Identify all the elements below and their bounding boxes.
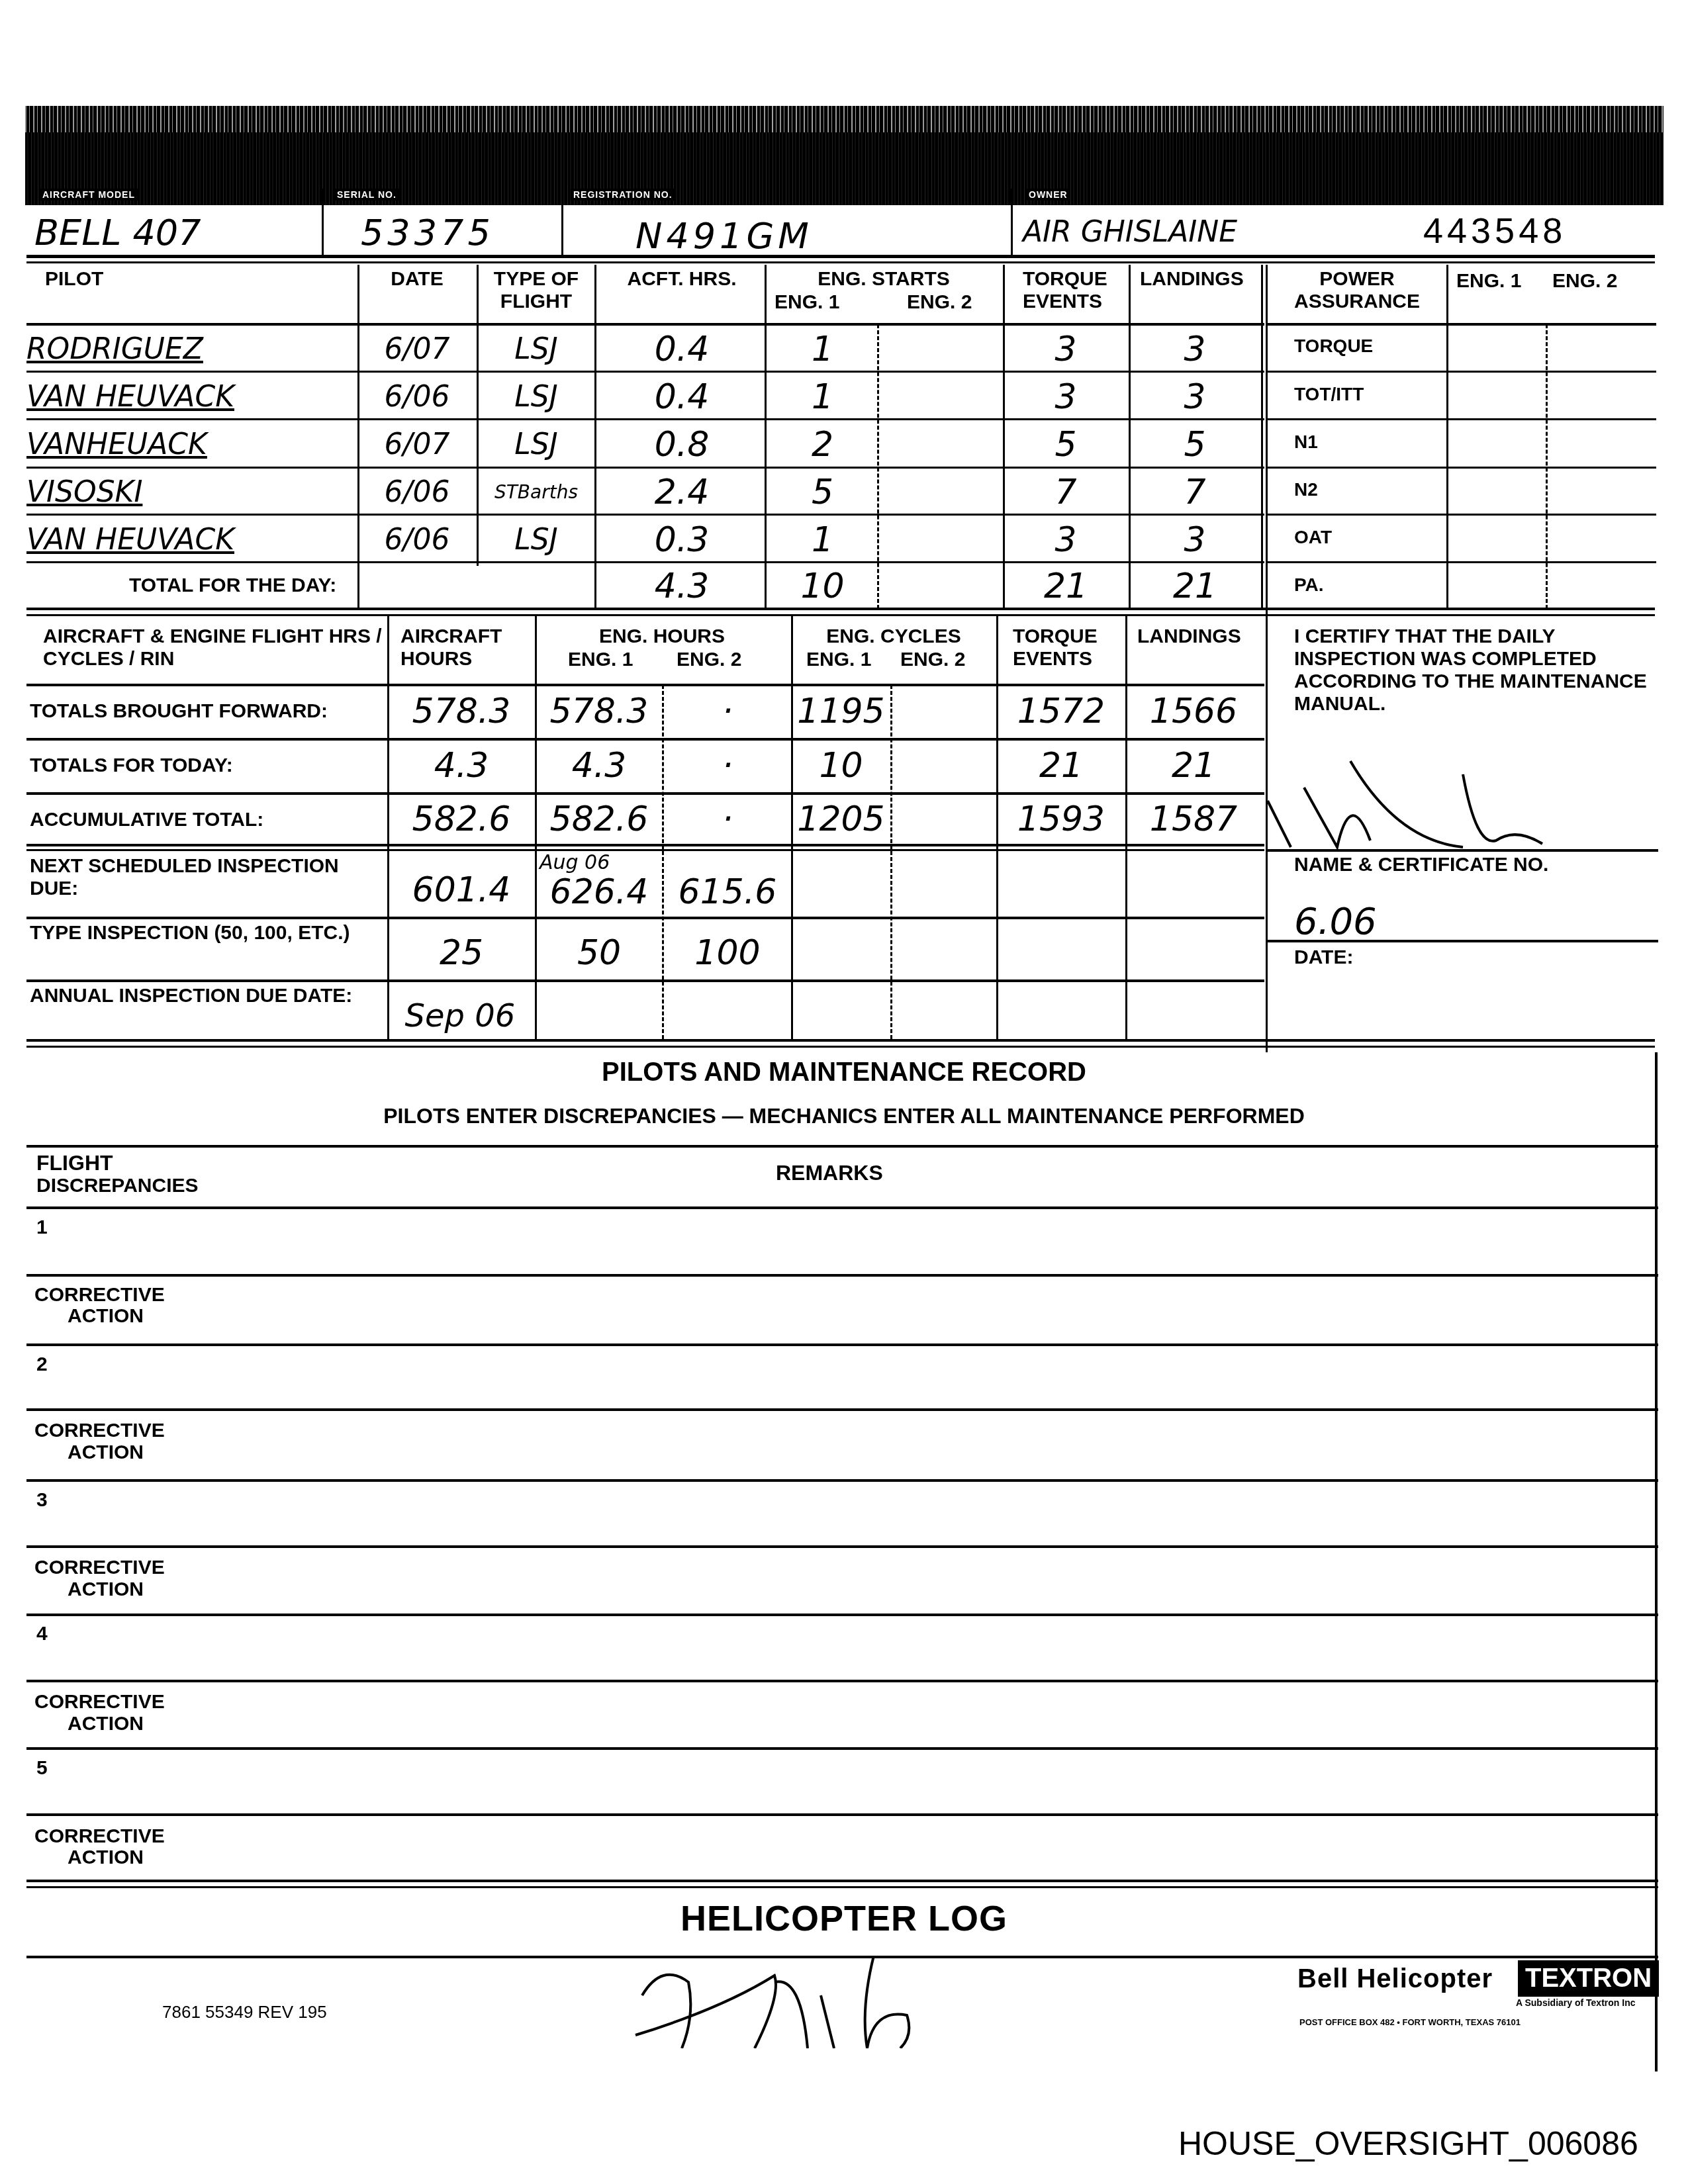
item-number: 5 <box>36 1757 48 1780</box>
total-landings: 21 <box>1132 567 1258 606</box>
action-label: ACTION <box>68 1846 144 1869</box>
pa-row-n2: N2 <box>1294 479 1318 500</box>
date-label: DATE: <box>1294 946 1353 969</box>
corrective-action-field[interactable] <box>199 1819 1655 1878</box>
total-eng-starts-eng1: 10 <box>768 567 877 606</box>
pilot-name: VANHEUACK <box>26 425 357 465</box>
pa-col-eng1: ENG. 1 <box>1456 270 1521 293</box>
eng-hours-eng2: · <box>665 692 790 731</box>
registration-no-label: REGISTRATION NO. <box>571 189 675 201</box>
action-label: ACTION <box>68 1713 144 1735</box>
power-assurance-title: POWER ASSURANCE <box>1268 268 1446 313</box>
col-acft-hrs: ACFT. HRS. <box>599 268 765 291</box>
total-torque-events: 21 <box>1006 567 1125 606</box>
textron-logo-box: TEXTRON <box>1518 1960 1659 1997</box>
discrepancy-remarks-field[interactable] <box>199 1211 1655 1271</box>
eng-cycles-eng1: 1195 <box>793 692 889 731</box>
torque-events: 3 <box>1006 330 1125 369</box>
pilot-name: VAN HEUVACK <box>26 377 357 417</box>
pa-row-pa: PA. <box>1294 574 1324 596</box>
serial-no-value: 53375 <box>361 212 494 253</box>
item-number: 2 <box>36 1353 48 1376</box>
flight-date: 6/06 <box>361 473 473 512</box>
col-discrepancies: DISCREPANCIES <box>36 1175 198 1197</box>
log-number: 443548 <box>1423 210 1566 251</box>
action-label: ACTION <box>68 1305 144 1328</box>
name-certificate-label: NAME & CERTIFICATE NO. <box>1294 854 1548 876</box>
eng-hours-eng1: 4.3 <box>538 746 661 786</box>
col-category: AIRCRAFT & ENGINE FLIGHT HRS / CYCLES / … <box>43 625 387 670</box>
acft-hrs: 0.4 <box>599 377 765 417</box>
corrective-label: CORRECTIVE <box>34 1825 165 1848</box>
flight-date: 6/07 <box>361 425 473 465</box>
landings: 1566 <box>1127 692 1260 731</box>
eng-hours-eng1: 578.3 <box>538 692 661 731</box>
pa-row-oat: OAT <box>1294 527 1332 548</box>
corrective-label: CORRECTIVE <box>34 1557 165 1579</box>
discrepancy-remarks-field[interactable] <box>199 1484 1655 1543</box>
certification-text: I CERTIFY THAT THE DAILY INSPECTION WAS … <box>1294 625 1652 715</box>
discrepancy-remarks-field[interactable] <box>199 1347 1655 1407</box>
aircraft-model-label: AIRCRAFT MODEL <box>40 189 138 201</box>
col-eng-hours-eng1: ENG. 1 <box>568 649 633 671</box>
item-number: 4 <box>36 1623 48 1645</box>
landings: 1587 <box>1127 799 1260 839</box>
aircraft-hours: 4.3 <box>389 746 534 786</box>
col-eng-starts: ENG. STARTS <box>768 268 1000 291</box>
pa-col-eng2: ENG. 2 <box>1552 270 1617 293</box>
torque-events: 1572 <box>998 692 1124 731</box>
torque-events: 1593 <box>998 799 1124 839</box>
eng-starts-eng1: 1 <box>768 520 877 560</box>
item-number: 1 <box>36 1216 48 1239</box>
eng-starts-eng1: 5 <box>768 473 877 512</box>
eng-hours-eng2: · <box>665 746 790 786</box>
inspector-signature <box>1264 748 1609 854</box>
aircraft-hours: 578.3 <box>389 692 534 731</box>
acft-hrs: 2.4 <box>599 473 765 512</box>
row-label: ANNUAL INSPECTION DUE DATE: <box>30 985 374 1007</box>
flight-type: LSJ <box>480 520 592 560</box>
bell-helicopter-logo: Bell Helicopter <box>1297 1964 1493 1994</box>
bates-number: HOUSE_OVERSIGHT_006086 <box>1178 2124 1638 2163</box>
action-label: ACTION <box>68 1578 144 1601</box>
pilot-name: VISOSKI <box>26 473 357 512</box>
eng-hours-note: Aug 06 <box>539 851 610 874</box>
aircraft-hours: 25 <box>389 933 534 973</box>
torque-events: 7 <box>1006 473 1125 512</box>
col-eng-cycles: ENG. CYCLES <box>794 625 993 648</box>
col-eng-hours: ENG. HOURS <box>536 625 788 648</box>
owner-label: OWNER <box>1026 189 1070 201</box>
col-eng-hours-eng2: ENG. 2 <box>677 649 741 671</box>
landings: 5 <box>1132 425 1258 465</box>
pa-row-torque: TORQUE <box>1294 336 1373 357</box>
pa-row-tot-itt: TOT/ITT <box>1294 384 1364 405</box>
discrepancy-remarks-field[interactable] <box>199 1618 1655 1678</box>
subsidiary-text: A Subsidiary of Textron Inc <box>1516 1997 1635 2008</box>
corrective-action-field[interactable] <box>199 1413 1655 1473</box>
pa-row-n1: N1 <box>1294 432 1318 453</box>
pilot-name: VAN HEUVACK <box>26 520 357 560</box>
landings: 21 <box>1127 746 1260 786</box>
landings: 3 <box>1132 520 1258 560</box>
aircraft-hours: 601.4 <box>389 870 534 910</box>
corrective-action-field[interactable] <box>199 1550 1655 1610</box>
helicopter-log-title: HELICOPTER LOG <box>0 1898 1688 1939</box>
col-torque-events-2: TORQUE EVENTS <box>1013 625 1119 670</box>
flight-type: STBarths <box>480 473 592 512</box>
eng-starts-eng1: 1 <box>768 330 877 369</box>
address-text: POST OFFICE BOX 482 • FORT WORTH, TEXAS … <box>1299 2017 1521 2027</box>
col-eng-cycles-eng1: ENG. 1 <box>806 649 871 671</box>
landings: 3 <box>1132 330 1258 369</box>
eng-cycles-eng1: 1205 <box>793 799 889 839</box>
aircraft-hours: Sep 06 <box>381 996 539 1036</box>
corrective-label: CORRECTIVE <box>34 1691 165 1713</box>
aircraft-hours: 582.6 <box>389 799 534 839</box>
corrective-label: CORRECTIVE <box>34 1420 165 1442</box>
torque-events: 3 <box>1006 520 1125 560</box>
total-for-day-label: TOTAL FOR THE DAY: <box>129 574 336 597</box>
acft-hrs: 0.4 <box>599 330 765 369</box>
col-torque-events: TORQUE EVENTS <box>1023 268 1122 313</box>
col-landings-2: LANDINGS <box>1137 625 1241 648</box>
col-flight: FLIGHT <box>36 1152 113 1174</box>
col-date: DATE <box>361 268 473 291</box>
serial-no-label: SERIAL NO. <box>334 189 399 201</box>
col-eng-starts-eng2: ENG. 2 <box>907 291 972 314</box>
registration-no-value: N491GM <box>635 215 813 257</box>
eng-hours-eng1: 50 <box>538 933 661 973</box>
action-label: ACTION <box>68 1441 144 1464</box>
flight-date: 6/07 <box>361 330 473 369</box>
corrective-action-field[interactable] <box>199 1684 1655 1744</box>
handwritten-year <box>622 1956 993 2048</box>
col-pilot: PILOT <box>45 268 103 291</box>
eng-starts-eng1: 2 <box>768 425 877 465</box>
col-eng-cycles-eng2: ENG. 2 <box>900 649 965 671</box>
landings: 3 <box>1132 377 1258 417</box>
eng-hours-eng1: 582.6 <box>538 799 661 839</box>
aircraft-model-value: BELL 407 <box>34 212 201 253</box>
record-subtitle: PILOTS ENTER DISCREPANCIES — MECHANICS E… <box>0 1104 1688 1128</box>
corrective-label: CORRECTIVE <box>34 1284 165 1306</box>
corrective-action-field[interactable] <box>199 1279 1655 1338</box>
torque-events: 21 <box>998 746 1124 786</box>
col-remarks: REMARKS <box>776 1161 883 1184</box>
item-number: 3 <box>36 1489 48 1512</box>
torque-events: 5 <box>1006 425 1125 465</box>
certification-date-value: 6.06 <box>1294 900 1377 943</box>
acft-hrs: 0.3 <box>599 520 765 560</box>
row-label: TOTALS BROUGHT FORWARD: <box>30 700 328 723</box>
form-number: 7861 55349 REV 195 <box>162 2002 327 2023</box>
acft-hrs: 0.8 <box>599 425 765 465</box>
row-label: TYPE INSPECTION (50, 100, ETC.) <box>30 922 374 944</box>
col-type-of-flight: TYPE OF FLIGHT <box>480 268 592 313</box>
total-acft-hrs: 4.3 <box>599 567 765 606</box>
flight-type: LSJ <box>480 330 592 369</box>
eng-starts-eng1: 1 <box>768 377 877 417</box>
owner-value: AIR GHISLAINE <box>1023 215 1237 249</box>
record-title: PILOTS AND MAINTENANCE RECORD <box>0 1058 1688 1087</box>
header-scan-band <box>25 106 1664 205</box>
eng-cycles-eng1: 10 <box>793 746 889 786</box>
eng-hours-eng2: 100 <box>665 933 790 973</box>
discrepancy-remarks-field[interactable] <box>199 1752 1655 1811</box>
col-aircraft-hours: AIRCRAFT HOURS <box>400 625 513 670</box>
row-label: ACCUMULATIVE TOTAL: <box>30 809 263 831</box>
landings: 7 <box>1132 473 1258 512</box>
pilot-name: RODRIGUEZ <box>26 330 357 369</box>
row-label: TOTALS FOR TODAY: <box>30 754 233 777</box>
eng-hours-eng1: 626.4 <box>538 872 661 912</box>
col-landings: LANDINGS <box>1140 268 1244 291</box>
torque-events: 3 <box>1006 377 1125 417</box>
row-label: NEXT SCHEDULED INSPECTION DUE: <box>30 855 374 900</box>
col-eng-starts-eng1: ENG. 1 <box>774 291 839 314</box>
eng-hours-eng2: · <box>665 799 790 839</box>
flight-type: LSJ <box>480 377 592 417</box>
eng-hours-eng2: 615.6 <box>665 872 790 912</box>
flight-date: 6/06 <box>361 377 473 417</box>
flight-date: 6/06 <box>361 520 473 560</box>
flight-type: LSJ <box>480 425 592 465</box>
